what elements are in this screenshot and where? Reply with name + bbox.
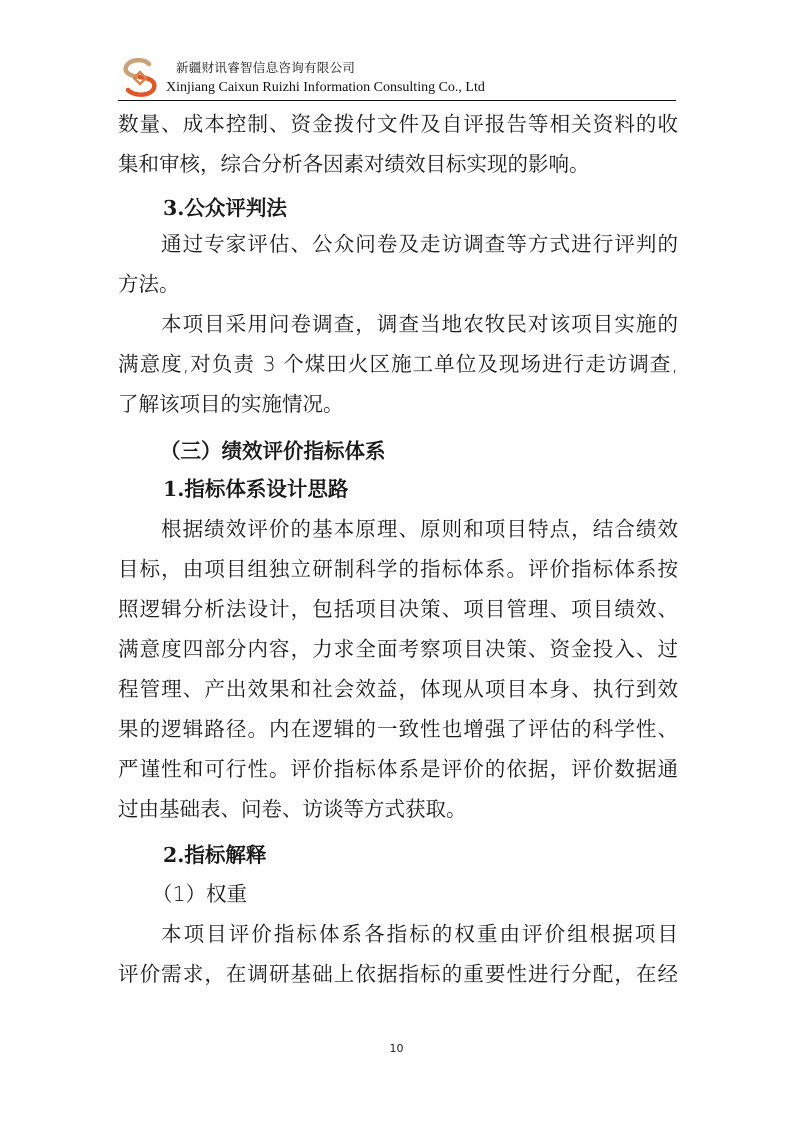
body-line: 通过专家评估、公众问卷及走访调查等方式进行评判的 (161, 232, 678, 256)
company-logo-icon (119, 57, 161, 97)
body-line: 评价需求，在调研基础上依据指标的重要性进行分配，在经 (118, 962, 678, 986)
body-line: 照逻辑分析法设计，包括项目决策、项目管理、项目绩效、 (118, 597, 678, 621)
body-line: 过由基础表、问卷、访谈等方式获取。 (118, 797, 678, 821)
body-line: 方法。 (118, 272, 678, 296)
header-rule (118, 100, 676, 101)
section-heading-public-evaluation: 3.公众评判法 (163, 196, 723, 220)
body-line: 本项目评价指标体系各指标的权重由评价组根据项目 (161, 922, 678, 946)
body-line: 满意度,对负责 3 个煤田火区施工单位及现场进行走访调查, (118, 352, 678, 376)
page-number: 10 (0, 1042, 793, 1055)
body-line: 了解该项目的实施情况。 (118, 392, 678, 416)
section-heading-indicator-explanation: 2.指标解释 (163, 843, 723, 867)
page-header: 新疆财讯睿智信息咨询有限公司 Xinjiang Caixun Ruizhi In… (0, 0, 793, 110)
body-line: 根据绩效评价的基本原理、原则和项目特点，结合绩效 (161, 517, 678, 541)
company-name-english: Xinjiang Caixun Ruizhi Information Consu… (166, 80, 485, 96)
body-line: 程管理、产出效果和社会效益，体现从项目本身、执行到效 (118, 677, 678, 701)
section-heading-indicator-system: （三）绩效评价指标体系 (160, 439, 720, 463)
body-line: 数量、成本控制、资金拨付文件及自评报告等相关资料的收 (118, 112, 678, 136)
body-line: 本项目采用问卷调查，调查当地农牧民对该项目实施的 (161, 312, 678, 336)
company-name-chinese: 新疆财讯睿智信息咨询有限公司 (176, 61, 355, 75)
subsection-heading-weight: （1）权重 (152, 882, 712, 906)
body-line: 目标，由项目组独立研制科学的指标体系。评价指标体系按 (118, 557, 678, 581)
body-line: 严谨性和可行性。评价指标体系是评价的依据，评价数据通 (118, 757, 678, 781)
section-heading-design-approach: 1.指标体系设计思路 (163, 477, 723, 501)
body-line: 果的逻辑路径。内在逻辑的一致性也增强了评估的科学性、 (118, 717, 678, 741)
body-line: 满意度四部分内容，力求全面考察项目决策、资金投入、过 (118, 637, 678, 661)
body-line: 集和审核，综合分析各因素对绩效目标实现的影响。 (118, 152, 678, 176)
